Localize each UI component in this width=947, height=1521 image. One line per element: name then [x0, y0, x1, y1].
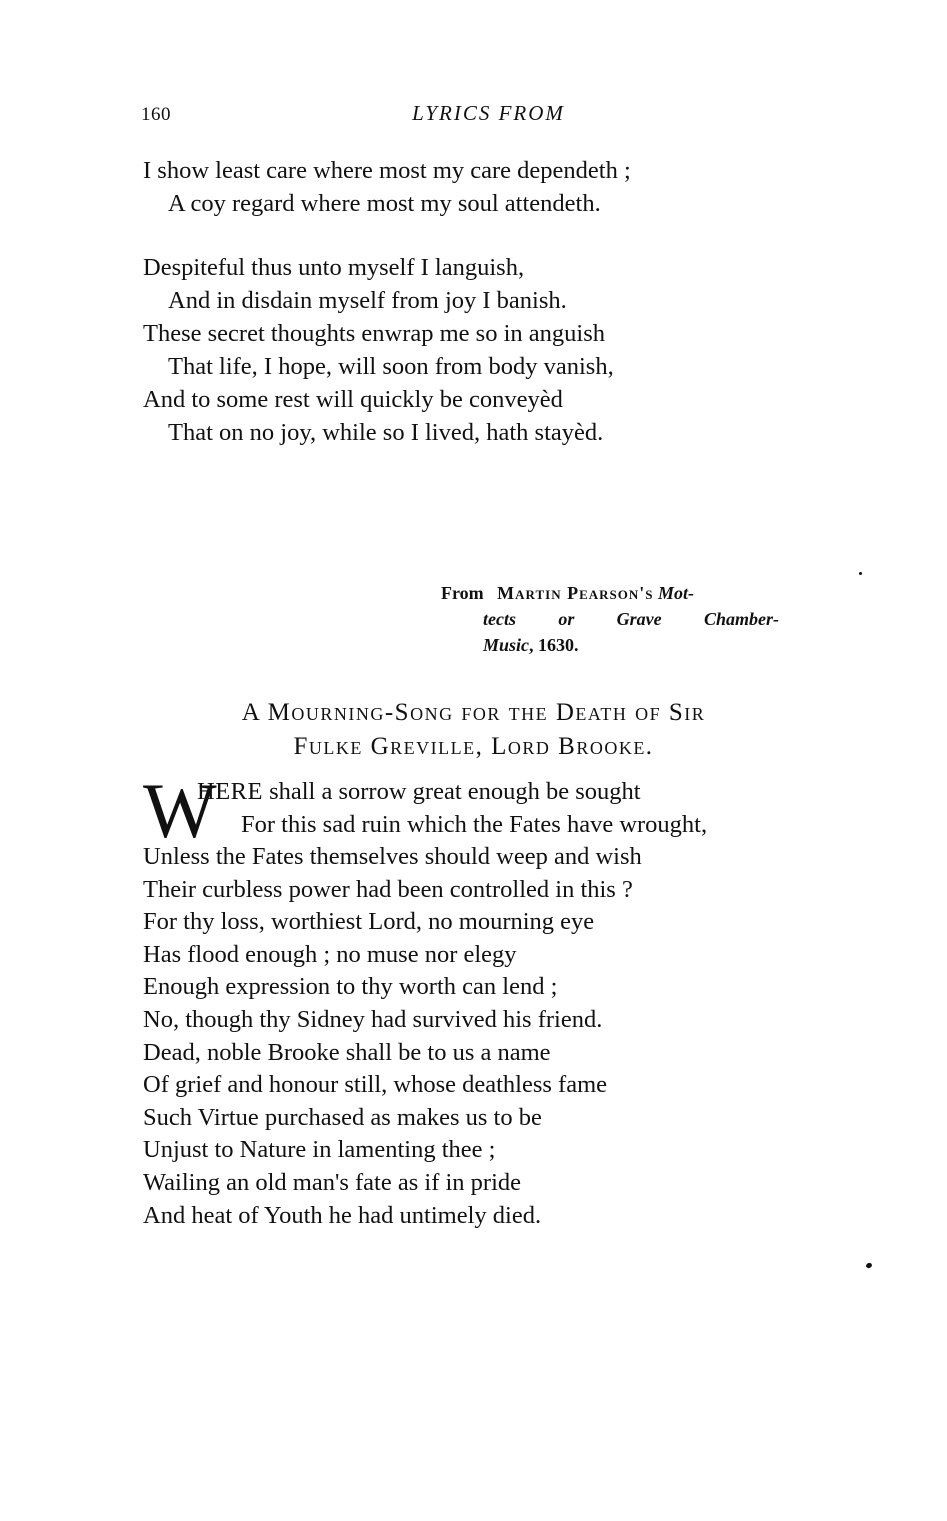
verse-line: For thy loss, worthiest Lord, no mournin…	[143, 906, 642, 939]
verse-line: And in disdain myself from joy I banish.	[143, 284, 614, 317]
verse-line: Has flood enough ; no muse nor elegy	[143, 939, 642, 972]
source-attribution: From Martin Pearson's Mot- tects or Grav…	[441, 580, 781, 658]
poem-title-line-2: Fulke Greville, Lord Brooke.	[0, 730, 947, 764]
verse-line: For this sad ruin which the Fates have w…	[241, 809, 707, 842]
running-head: LYRICS FROM	[0, 101, 947, 126]
verse-line: Their curbless power had been controlled…	[143, 874, 642, 907]
previous-poem-stanza-1: I show least care where most my care dep…	[143, 154, 631, 220]
verse-line: Despiteful thus unto myself I languish,	[143, 251, 614, 284]
verse-line: Enough expression to thy worth can lend …	[143, 971, 642, 1004]
poem-title: A Mourning-Song for the Death of Sir Ful…	[0, 696, 947, 764]
attribution-line-1: From Martin Pearson's Mot-	[441, 580, 781, 606]
poem-body: W HERE shall a sorrow great enough be so…	[143, 776, 642, 1232]
first-line-rest: shall a sorrow great enough be sought	[263, 778, 641, 805]
verse-line: I show least care where most my care dep…	[143, 154, 631, 187]
attribution-title-part-3: Music	[483, 635, 529, 655]
verse-line: A coy regard where most my soul attendet…	[143, 187, 631, 220]
verse-line: Such Virtue purchased as makes us to be	[143, 1102, 642, 1135]
attribution-word: Chamber-	[704, 606, 779, 632]
first-word-caps: HERE	[197, 778, 263, 805]
attribution-word: or	[558, 606, 574, 632]
verse-line: And to some rest will quickly be conveyè…	[143, 383, 614, 416]
verse-line: That life, I hope, will soon from body v…	[143, 350, 614, 383]
attribution-author: Martin Pearson's	[497, 583, 653, 603]
verse-line: Wailing an old man's fate as if in pride	[143, 1167, 642, 1200]
previous-poem-stanza-2: Despiteful thus unto myself I languish, …	[143, 251, 614, 449]
attribution-year: , 1630.	[529, 635, 579, 655]
verse-line: No, though thy Sidney had survived his f…	[143, 1004, 642, 1037]
opening-lines: W HERE shall a sorrow great enough be so…	[143, 776, 642, 841]
verse-line: Dead, noble Brooke shall be to us a name	[143, 1037, 642, 1070]
verse-line: HERE shall a sorrow great enough be soug…	[197, 776, 641, 809]
attribution-title-part-1: Mot-	[658, 583, 694, 603]
verse-line: And heat of Youth he had untimely died.	[143, 1200, 642, 1233]
attribution-line-2: tects or Grave Chamber-	[441, 606, 781, 632]
verse-line: Of grief and honour still, whose deathle…	[143, 1069, 642, 1102]
attribution-word: tects	[483, 606, 516, 632]
verse-line: Unless the Fates themselves should weep …	[143, 841, 642, 874]
poem-title-line-1: A Mourning-Song for the Death of Sir	[0, 696, 947, 730]
attribution-from: From	[441, 583, 484, 603]
verse-line: These secret thoughts enwrap me so in an…	[143, 317, 614, 350]
attribution-line-3: Music, 1630.	[441, 632, 781, 658]
attribution-word: Grave	[617, 606, 662, 632]
ink-speck	[865, 1262, 873, 1269]
verse-line: Unjust to Nature in lamenting thee ;	[143, 1134, 642, 1167]
verse-line: That on no joy, while so I lived, hath s…	[143, 416, 614, 449]
ink-speck	[859, 572, 862, 575]
